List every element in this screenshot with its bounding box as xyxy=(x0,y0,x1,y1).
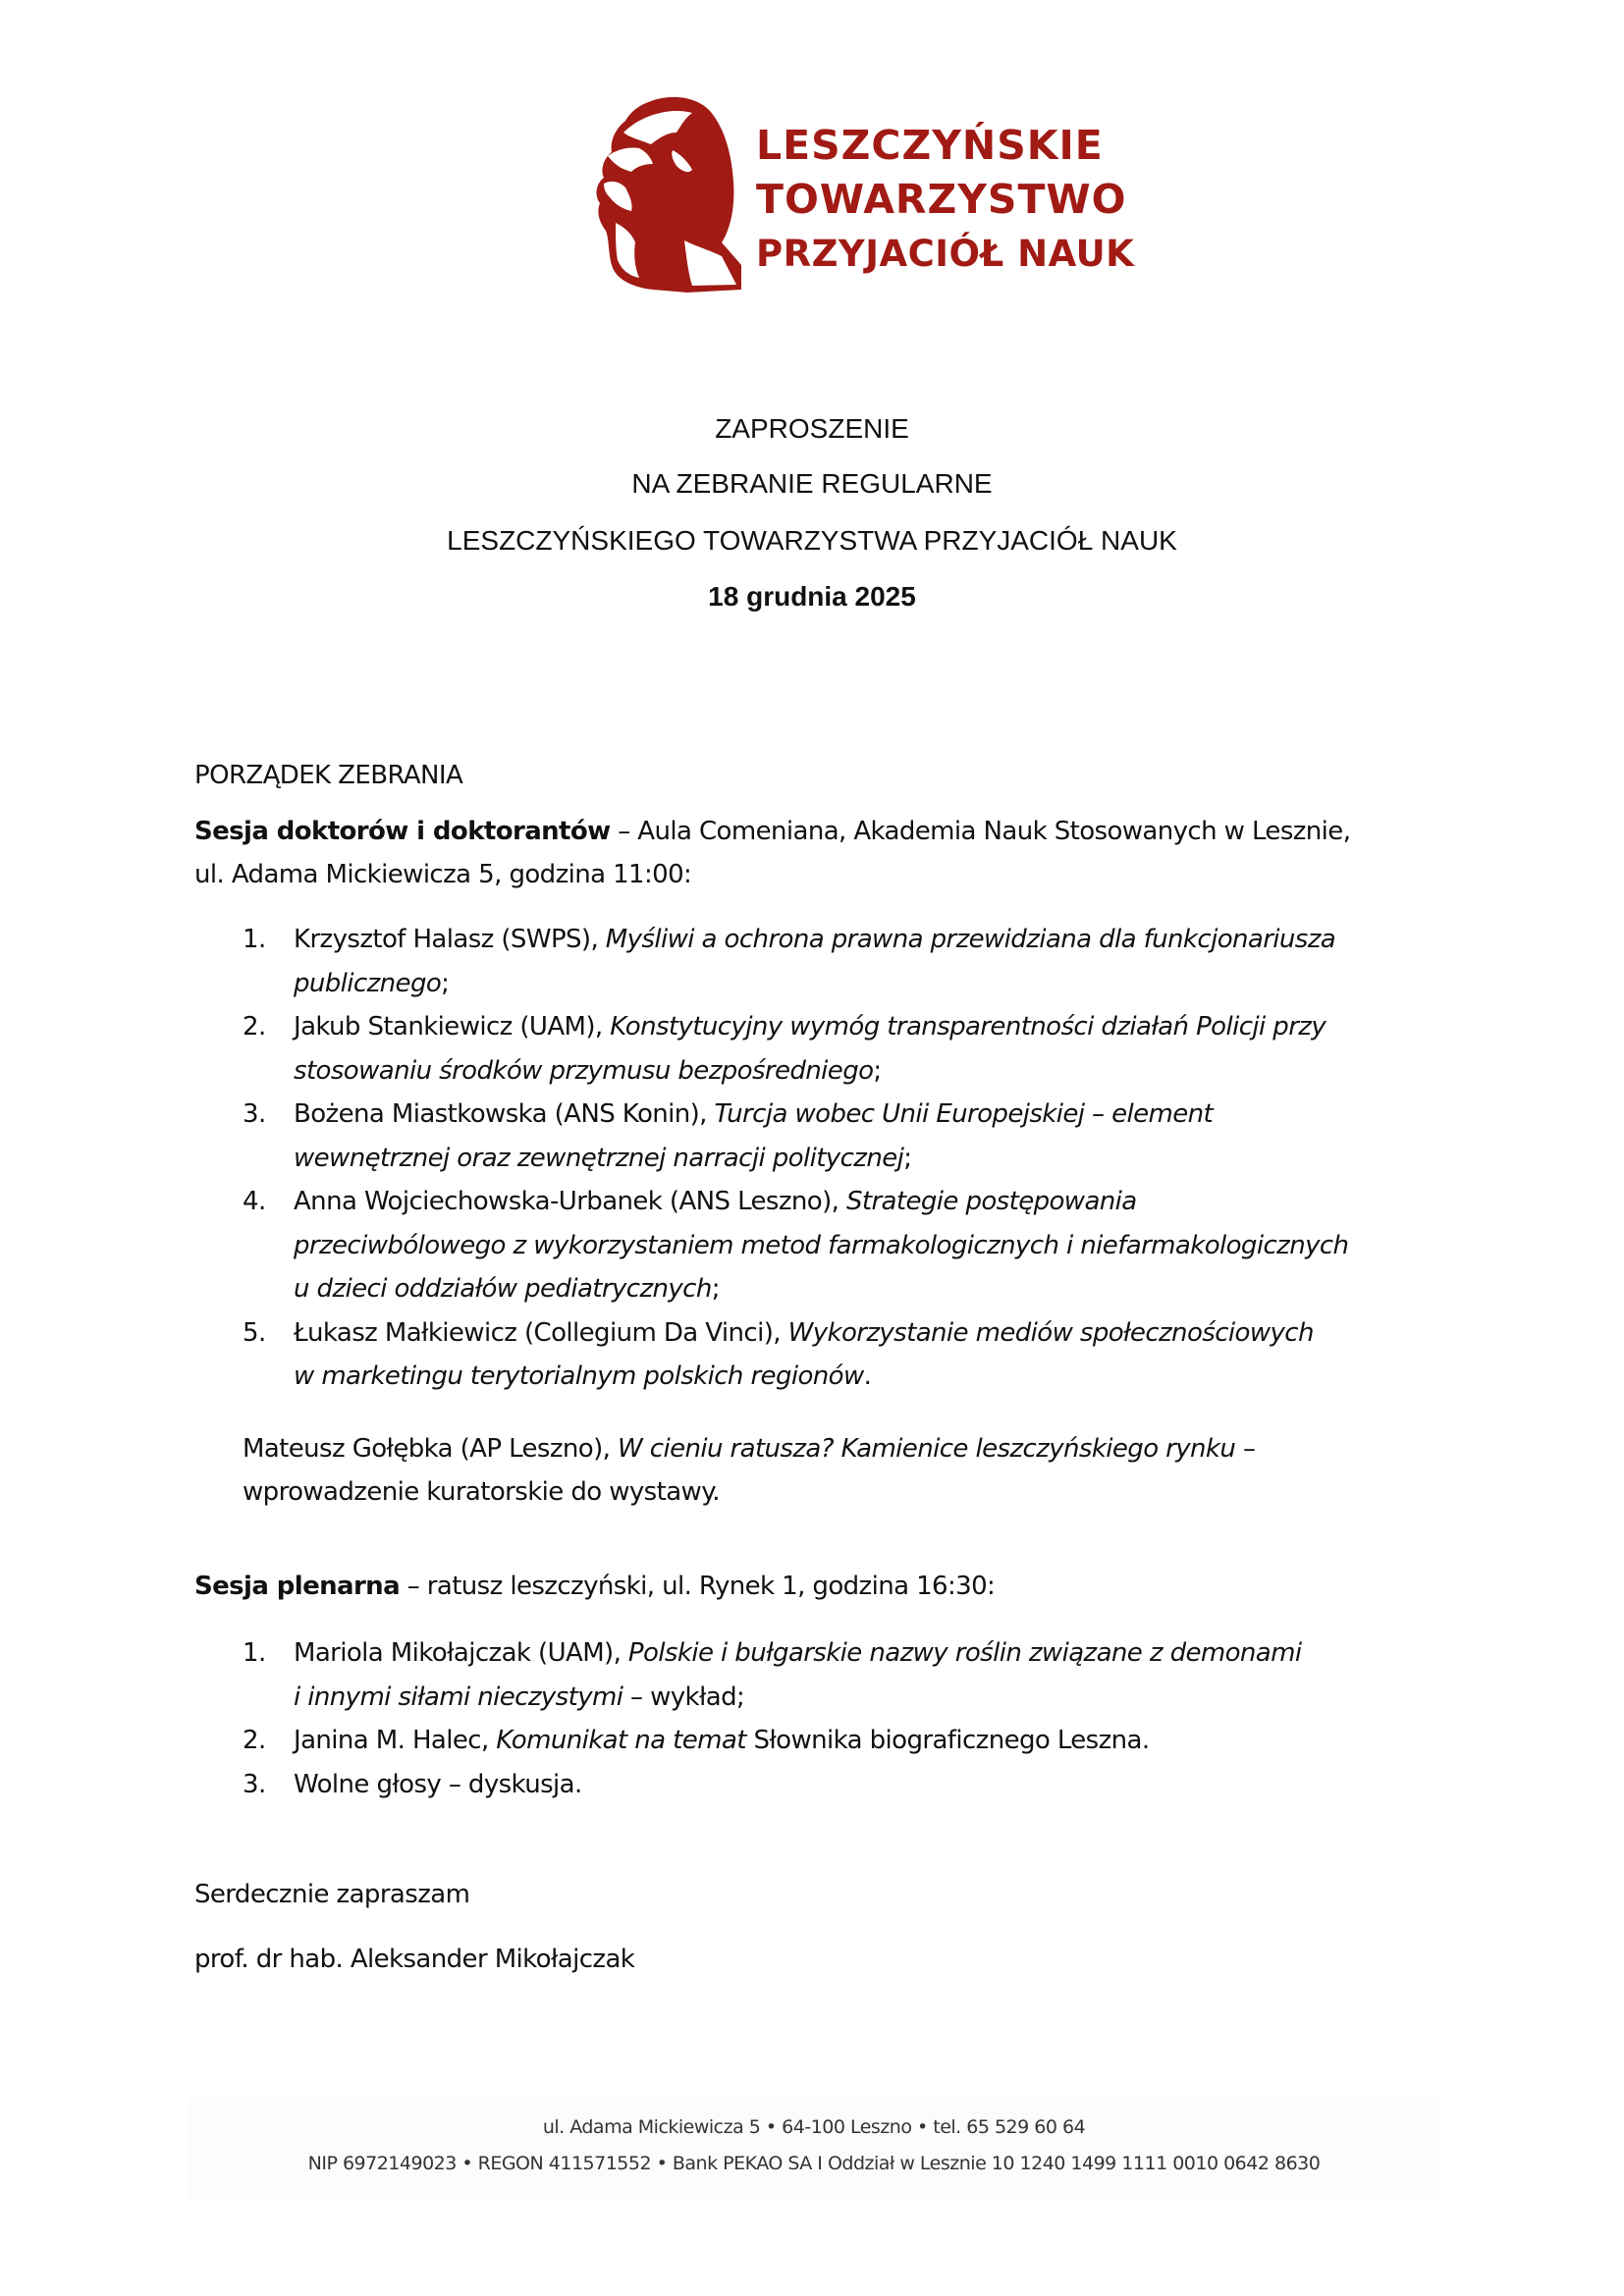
logo-line-2: TOWARZYSTWO xyxy=(756,173,1134,227)
talk-item: 3. Bożena Miastkowska (ANS Konin), Turcj… xyxy=(243,1093,1348,1180)
talk-speaker: Anna Wojciechowska-Urbanek (ANS Leszno), xyxy=(294,1187,846,1216)
session-1-details: – Aula Comeniana, Akademia Nauk Stosowan… xyxy=(611,817,1351,846)
session-1-address: ul. Adama Mickiewicza 5, godzina 11:00: xyxy=(194,853,1350,896)
exhibit-description: wprowadzenie kuratorskie do wystawy. xyxy=(243,1477,720,1507)
talk-title: Strategie postępowania xyxy=(846,1187,1137,1216)
session-1-talks: 1. Krzysztof Halasz (SWPS), Myśliwi a oc… xyxy=(243,918,1348,1399)
session-2-details: – ratusz leszczyński, ul. Rynek 1, godzi… xyxy=(400,1572,995,1601)
talk-speaker: Krzysztof Halasz (SWPS), xyxy=(294,925,606,954)
logo-wordmark: LESZCZYŃSKIE TOWARZYSTWO PRZYJACIÓŁ NAUK xyxy=(756,119,1134,281)
session-2-name: Sesja plenarna xyxy=(194,1572,400,1601)
session-2-header: Sesja plenarna – ratusz leszczyński, ul.… xyxy=(194,1565,995,1608)
society-logo: LESZCZYŃSKIE TOWARZYSTWO PRZYJACIÓŁ NAUK xyxy=(594,93,1056,299)
talk-title: Myśliwi a ochrona prawna przewidziana dl… xyxy=(606,925,1335,954)
talk-speaker: Jakub Stankiewicz (UAM), xyxy=(294,1012,610,1041)
talk-title: Turcja wobec Unii Europejskiej – element xyxy=(715,1099,1214,1129)
closing-phrase: Serdecznie zapraszam xyxy=(194,1873,469,1916)
talk-item: 5. Łukasz Małkiewicz (Collegium Da Vinci… xyxy=(243,1311,1348,1399)
discussion-item: Wolne głosy – dyskusja. xyxy=(294,1770,582,1799)
talk-item: 2. Janina M. Halec, Komunikat na temat S… xyxy=(243,1719,1301,1763)
letterhead-footer: ul. Adama Mickiewicza 5 • 64-100 Leszno … xyxy=(189,2098,1438,2199)
talk-item: 3. Wolne głosy – dyskusja. xyxy=(243,1763,1301,1807)
meeting-date: 18 grudnia 2025 xyxy=(0,581,1624,613)
invitation-title: ZAPROSZENIE xyxy=(0,413,1624,445)
talk-item: 2. Jakub Stankiewicz (UAM), Konstytucyjn… xyxy=(243,1005,1348,1093)
session-1-name: Sesja doktorów i doktorantów xyxy=(194,817,611,846)
talk-speaker: Łukasz Małkiewicz (Collegium Da Vinci), xyxy=(294,1318,788,1348)
footer-registration: NIP 6972149023 • REGON 411571552 • Bank … xyxy=(189,2153,1438,2174)
talk-item: 1. Mariola Mikołajczak (UAM), Polskie i … xyxy=(243,1631,1301,1719)
footer-address: ul. Adama Mickiewicza 5 • 64-100 Leszno … xyxy=(189,2116,1438,2138)
society-name: LESZCZYŃSKIEGO TOWARZYSTWA PRZYJACIÓŁ NA… xyxy=(0,525,1624,557)
meeting-type: NA ZEBRANIE REGULARNE xyxy=(0,468,1624,500)
signature: prof. dr hab. Aleksander Mikołajczak xyxy=(194,1938,634,1981)
session-2-talks: 1. Mariola Mikołajczak (UAM), Polskie i … xyxy=(243,1631,1301,1806)
bearded-scholar-portrait-icon xyxy=(594,93,741,294)
talk-title: Konstytucyjny wymóg transparentności dzi… xyxy=(610,1012,1326,1041)
agenda-heading: PORZĄDEK ZEBRANIA xyxy=(194,754,462,797)
exhibit-title: W cieniu ratusza? Kamienice leszczyńskie… xyxy=(618,1434,1235,1464)
logo-line-3: PRZYJACIÓŁ NAUK xyxy=(756,227,1134,281)
talk-title: Wykorzystanie mediów społecznościowych xyxy=(788,1318,1314,1348)
session-1-header: Sesja doktorów i doktorantów – Aula Come… xyxy=(194,810,1350,896)
exhibit-speaker: Mateusz Gołębka (AP Leszno), xyxy=(243,1434,618,1464)
talk-speaker: Bożena Miastkowska (ANS Konin), xyxy=(294,1099,715,1129)
talk-item: 4. Anna Wojciechowska-Urbanek (ANS Leszn… xyxy=(243,1180,1348,1311)
talk-speaker: Mariola Mikołajczak (UAM), xyxy=(294,1638,628,1668)
exhibition-introduction: Mateusz Gołębka (AP Leszno), W cieniu ra… xyxy=(243,1427,1255,1514)
talk-title: Polskie i bułgarskie nazwy roślin związa… xyxy=(628,1638,1302,1668)
logo-line-1: LESZCZYŃSKIE xyxy=(756,119,1134,173)
talk-item: 1. Krzysztof Halasz (SWPS), Myśliwi a oc… xyxy=(243,918,1348,1005)
talk-title: Komunikat na temat xyxy=(496,1726,746,1755)
talk-speaker: Janina M. Halec, xyxy=(294,1726,496,1755)
